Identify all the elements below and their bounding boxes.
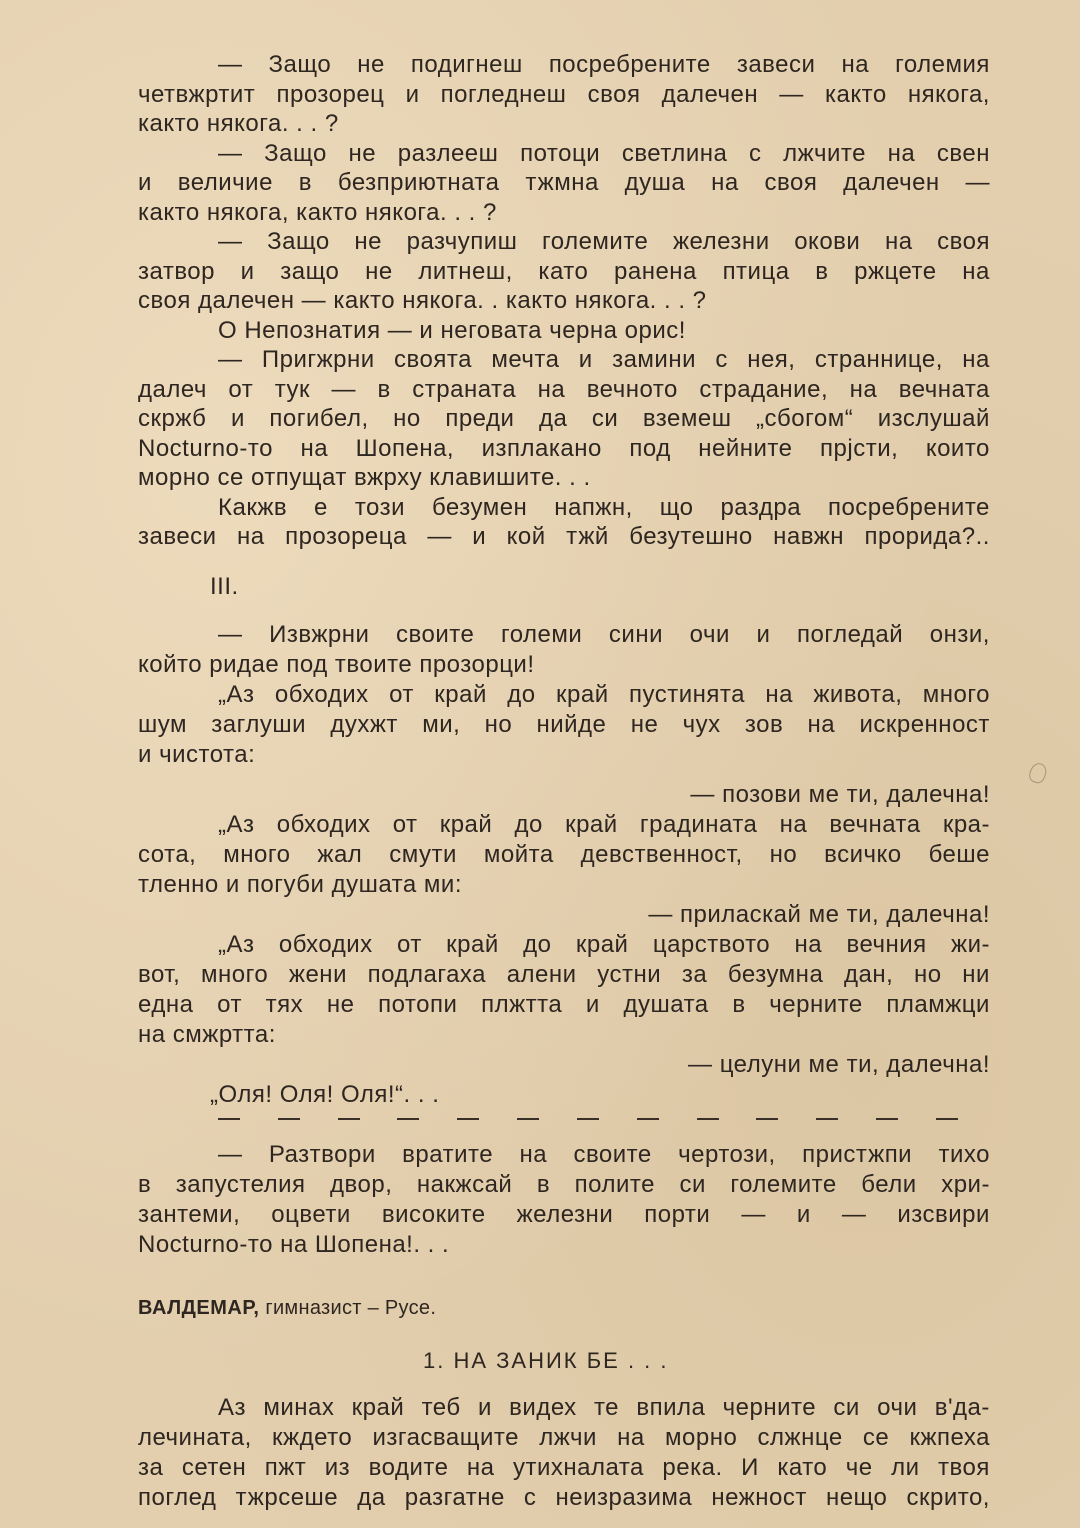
text-line: който ридае под твоите прозорци! (138, 650, 990, 680)
text-line: засетенпжтизводитенаутихналатарека.Икато… (138, 1453, 990, 1483)
author-city: Русе. (385, 1297, 436, 1319)
text-line: на смжртта: (138, 1020, 990, 1050)
dash (397, 1118, 419, 1120)
text-line: затворизащонелитнеш,катораненаптицавржце… (138, 257, 990, 287)
text-line: зантеми,оцветивисокитежелезнипорти—и—изс… (138, 1200, 990, 1230)
text-line: сота,многожалсмутимойтадевственност,новс… (138, 840, 990, 870)
dash (697, 1118, 719, 1120)
text-line: „Азобходихоткрайдокрайградинатанавечната… (138, 810, 990, 840)
text-line: Какжветозибезуменнапжн,щораздрапосребрен… (138, 493, 990, 523)
text-line: вот,многожениподлагахаалениустнизабезумн… (138, 960, 990, 990)
author-signature: ВАЛДЕМАР, гимназист – Русе. (138, 1293, 990, 1323)
dash (876, 1118, 898, 1120)
text-line: скржбипогибел,нопредидасивземеш„сбогом“и… (138, 404, 990, 434)
text-line: шумзаглушидухжтми,нонийденечухзовнаискре… (138, 710, 990, 740)
text-line: —Разтворивратитенасвоитечертози,пристжпи… (138, 1140, 990, 1170)
dash (457, 1118, 479, 1120)
dash (756, 1118, 778, 1120)
text-line: своя далечен — както някога. . както няк… (138, 286, 990, 316)
text-line: — целуни ме ти, далечна! (138, 1050, 990, 1080)
separator-dashes (218, 1102, 958, 1120)
text-line: морно се отпущат вжрху клавишите. . . (138, 463, 990, 493)
dash (936, 1118, 958, 1120)
text-line: еднаоттяхнепотопиплжттаидушатавчернитепл… (138, 990, 990, 1020)
dash (338, 1118, 360, 1120)
dash (218, 1118, 240, 1120)
text-line: Азминахкрайтебивидехтевпилачернитесиочив… (138, 1393, 990, 1423)
text-line: — позови ме ти, далечна! (138, 780, 990, 810)
text-line: —Извжрнисвоитеголемисиниочиипогледайонзи… (138, 620, 990, 650)
text-line: —Защонеразлеешпотоцисветлинаслжчитенасве… (138, 139, 990, 169)
dash (637, 1118, 659, 1120)
text-line: ивеличиевбезприютнататжмнадушанасвоядале… (138, 168, 990, 198)
author-role: гимназист – (265, 1297, 379, 1319)
text-line: тленно и погуби душата ми: (138, 870, 990, 900)
text-line: О Непознатия — и неговата черна орис! (138, 316, 990, 346)
dash (517, 1118, 539, 1120)
text-line: „Азобходихоткрайдокрайпустинятанаживота,… (138, 680, 990, 710)
dash (278, 1118, 300, 1120)
text-line: Nocturno-тонаШопена,изплаканоподнейнитеп… (138, 434, 990, 464)
section-heading: III. (138, 572, 990, 602)
text-line: —Пригжрнисвоятамечтаизаминиснея,странниц… (138, 345, 990, 375)
text-line: погледтжрсешедаразгатнеснеизразиманежнос… (138, 1483, 990, 1513)
text-line: далечоттук—встранатанавечнотострадание,н… (138, 375, 990, 405)
text-line: Nocturno-то на Шопена!. . . (138, 1230, 990, 1260)
dash (816, 1118, 838, 1120)
pencil-mark (1027, 761, 1049, 785)
text-line: както някога. . . ? (138, 109, 990, 139)
text-line: взапустелиядвор,накжсайвполитесиголемите… (138, 1170, 990, 1200)
dash (577, 1118, 599, 1120)
text-line: лечината,кждетоизгасващителжчинаморнослж… (138, 1423, 990, 1453)
text-line: —Защонеразчупишголемитежелезниоковинасво… (138, 227, 990, 257)
text-line: „Азобходихоткрайдокрайцарствотонавечнияж… (138, 930, 990, 960)
text-line: както някога, както някога. . . ? (138, 198, 990, 228)
text-line: завесинапрозореца—икойтжйбезутешнонавжнп… (138, 522, 990, 552)
text-line: четвжртитпрозореципогледнешсвоядалечен—к… (138, 80, 990, 110)
text-line: —Защонеподигнешпосребренитезавесинаголем… (138, 50, 990, 80)
text-line: и чистота: (138, 740, 990, 770)
poem-title: 1. НА ЗАНИК БЕ . . . (138, 1346, 990, 1376)
author-name: ВАЛДЕМАР, (138, 1297, 260, 1319)
text-line: — приласкай ме ти, далечна! (138, 900, 990, 930)
